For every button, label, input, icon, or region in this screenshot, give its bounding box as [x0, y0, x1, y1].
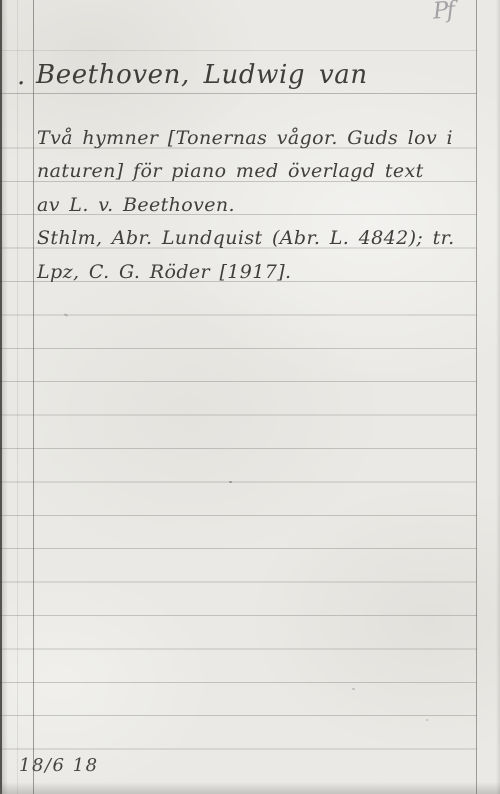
- left-margin-rule: [33, 0, 34, 794]
- ink-speck: [352, 688, 355, 690]
- entry-body: Två hymner [Tonernas vågor. Guds lov i n…: [37, 122, 470, 289]
- scan-edge-right: [496, 0, 500, 794]
- classification-mark-pencil: Pf: [432, 0, 454, 25]
- scan-edge-left: [0, 0, 8, 794]
- filing-dot: .: [17, 58, 25, 94]
- date-note: 18/6 18: [19, 752, 99, 780]
- ink-speck: [64, 313, 68, 317]
- heading-baseline-rule: [0, 93, 477, 94]
- author-heading: Beethoven, Ludwig van: [36, 57, 368, 93]
- paper-texture: [0, 0, 500, 794]
- catalog-card: Pf . Beethoven, Ludwig van Två hymner [T…: [0, 0, 500, 794]
- ink-speck: [426, 719, 428, 721]
- right-margin-rule: [476, 0, 477, 794]
- entry-line-title-1: Två hymner [Tonernas vågor. Guds lov i: [37, 122, 470, 155]
- entry-line-title-2: naturen] för piano med överlagd text: [37, 155, 470, 188]
- entry-line-printer: Lpz, C. G. Röder [1917].: [37, 256, 470, 289]
- left-ghost-rule: [17, 0, 18, 794]
- ink-speck: [229, 481, 232, 483]
- ruled-line-top: [0, 50, 477, 51]
- entry-line-publisher: Sthlm, Abr. Lundquist (Abr. L. 4842); tr…: [37, 222, 470, 255]
- entry-line-author: av L. v. Beethoven.: [37, 189, 470, 222]
- scan-edge-bottom: [0, 782, 500, 794]
